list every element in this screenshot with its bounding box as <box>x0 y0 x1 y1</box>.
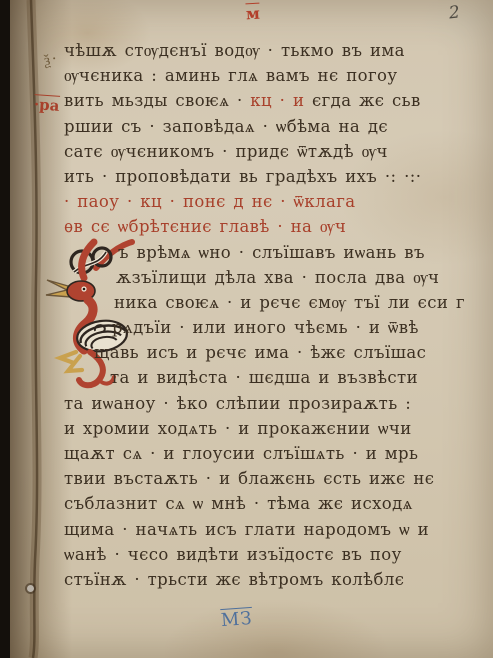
manuscript-photo: м 2 ѯ· ·ра МЗ чѣшѫ стѹдє <box>0 0 493 658</box>
text-line: ѳв сє ѡбрѣтєниє главѣ · на ѹч <box>64 214 468 239</box>
folio-number: 2 <box>448 2 461 23</box>
text-line: и хромии ходѧть · и прокажєнии ѡчи <box>64 416 468 441</box>
text-line: ѡанѣ · чєсо видѣти изъїдостє въ поу <box>64 542 468 567</box>
text-line: щима · начѧть исъ глати народомъ ѡ и <box>64 517 468 542</box>
text-line: чѣшѫ стѹдєнъї водѹ · тькмо въ има <box>64 38 468 63</box>
text-line: ршии съ · заповѣдаѧ · ѡбѣма на дє <box>64 114 468 139</box>
text-line: ника своѥѧ · и рєчє ємѹ тъї ли єси г <box>114 290 468 315</box>
text-line: ъ врѣмѧ ѡно · слъїшавъ иѡань въ <box>118 240 468 265</box>
text-line: щавь исъ и рєчє има · ѣжє слъїшас <box>94 340 468 365</box>
text-line: рѧдъїи · или иного чѣємь · и ѿвѣ <box>112 315 468 340</box>
text-line: сатє ѹчєникомъ · придє ѿтѫдѣ ѹч <box>64 139 468 164</box>
text-line: ить · проповѣдати вь градѣхъ ихъ ·: ·:· <box>64 164 468 189</box>
quire-mark: м <box>246 4 261 24</box>
library-stamp: МЗ <box>220 608 253 631</box>
text-line: ѹчєника : аминь глѧ вамъ нє погоу <box>64 63 468 88</box>
text-line: ѫзъїлищи дѣла хва · посла два ѹч <box>116 265 468 290</box>
text-line: твии въстаѫть · и блажєнь єсть ижє нє <box>64 466 468 491</box>
binding-hole <box>27 585 34 592</box>
margin-zachalo-mark: ѯ· <box>42 49 60 70</box>
text-line: та иѡаноу · ѣко слѣпии прозираѫть : <box>64 391 468 416</box>
text-line: съблазнит сѧ ѡ мнѣ · тѣма жє исходѧ <box>64 491 468 516</box>
text-line: вить мьзды своѥѧ · кц · и єгда жє сьв <box>64 88 468 113</box>
text-line: щаѫт сѧ · и глоусии слъїшѧть · и мрь <box>64 441 468 466</box>
text-line: · паоу · кц · понє д нє · ѿклага <box>64 189 468 214</box>
text-line: та и видѣста · шєдша и възвѣсти <box>110 365 468 390</box>
text-block: чѣшѫ стѹдєнъї водѹ · тькмо въ имаѹчєника… <box>64 38 468 592</box>
margin-rubric-mark: ·ра <box>33 95 60 115</box>
text-line: стъїнѫ · трьсти жє вѣтромъ колѣблє <box>64 567 468 592</box>
